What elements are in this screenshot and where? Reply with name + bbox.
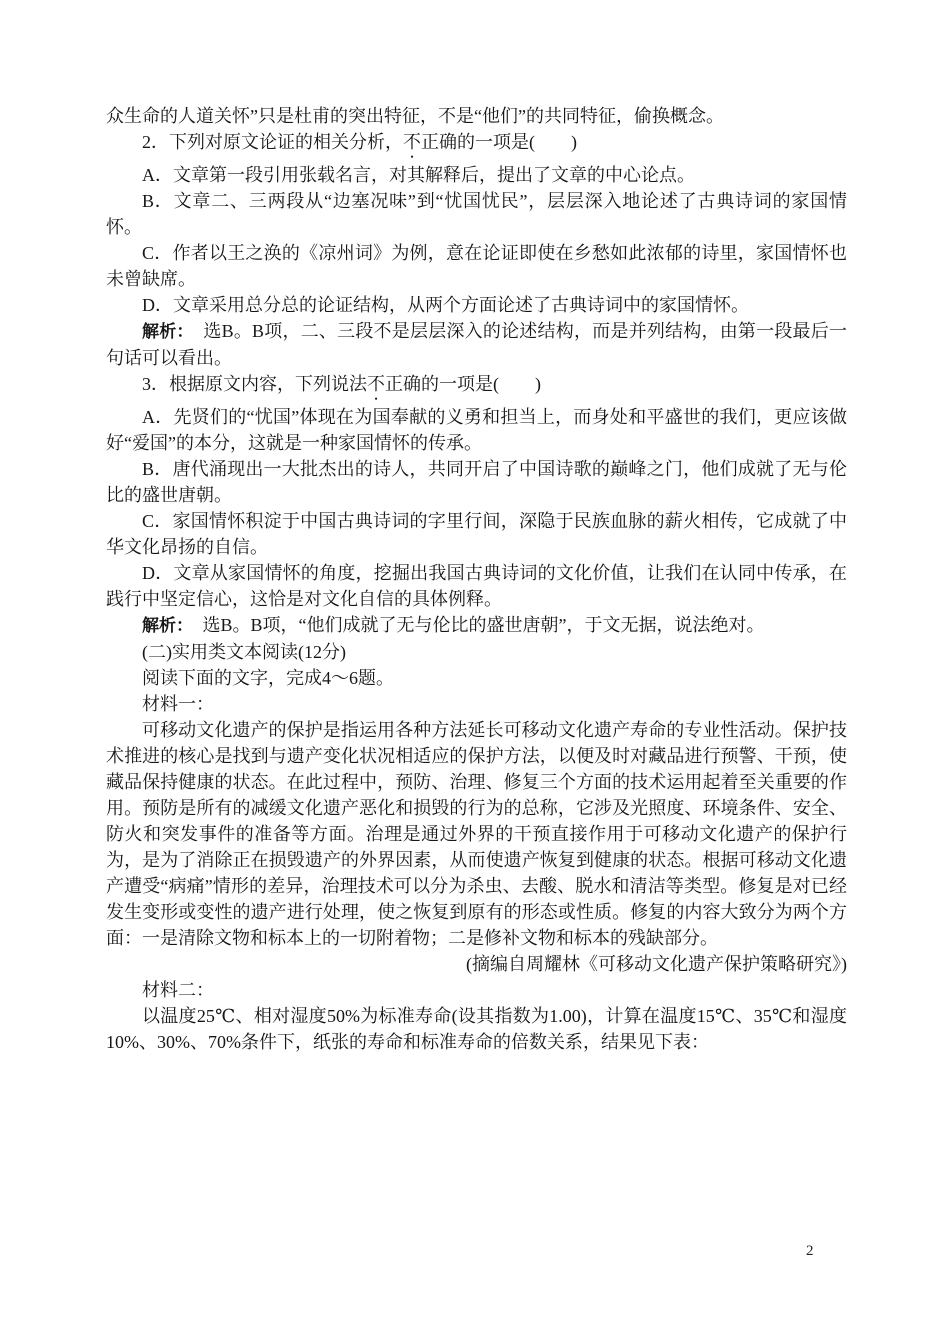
text-run: A．文章第一段引用张载名言，对其解释后，提出了文章的中心论点。 (142, 165, 695, 185)
text-run: 选B。B项，“他们成就了无与伦比的盛世唐朝”，于文无据，说法绝对。 (185, 615, 765, 635)
q3-option-c: C．家国情怀积淀于中国古典诗词的字里行间，深隐于民族血脉的薪火相传，它成就了中华… (106, 508, 847, 560)
text-run: 正确的一项是( ) (421, 132, 577, 152)
text-run: 选B。B项，二、三段不是层层深入的论述结构，而是并列结构，由第一段最后一句话可以… (106, 321, 847, 368)
document-page: 众生命的人道关怀”只是杜甫的突出特征，不是“他们”的共同特征，偷换概念。2．下列… (0, 0, 950, 1344)
text-run: D．文章采用总分总的论证结构，从两个方面论述了古典诗词中的家国情怀。 (142, 295, 749, 315)
q2-option-d: D．文章采用总分总的论证结构，从两个方面论述了古典诗词中的家国情怀。 (106, 292, 847, 318)
emphasized-text: 不 (403, 132, 421, 152)
text-run: 3．根据原文内容，下列说法 (142, 374, 367, 394)
text-run: 众生命的人道关怀”只是杜甫的突出特征，不是“他们”的共同特征，偷换概念。 (106, 106, 724, 126)
material-1-source: (摘编自周耀林《可移动文化遗产保护策略研究》) (106, 951, 847, 977)
section-2-heading: (二)实用类文本阅读(12分) (106, 639, 847, 665)
material-2-label: 材料二： (106, 977, 847, 1003)
document-body: 众生命的人道关怀”只是杜甫的突出特征，不是“他们”的共同特征，偷换概念。2．下列… (106, 103, 847, 1055)
q2-option-b: B．文章二、三两段从“边塞况味”到“忧国忧民”，层层深入地论述了古典诗词的家国情… (106, 188, 847, 240)
text-run: 正确的一项是( ) (385, 374, 541, 394)
text-run: 阅读下面的文字，完成4～6题。 (142, 668, 394, 688)
q2-option-c: C．作者以王之涣的《凉州词》为例，意在论证即使在乡愁如此浓郁的诗里，家国情怀也未… (106, 240, 847, 292)
q3-option-a: A．先贤们的“忧国”体现在为国奉献的义勇和担当上，而身处和平盛世的我们，更应该做… (106, 404, 847, 456)
question-3-stem: 3．根据原文内容，下列说法不正确的一项是( ) (106, 371, 847, 404)
material-1-label: 材料一： (106, 691, 847, 717)
text-run: 以温度25℃、相对湿度50%为标准寿命(设其指数为1.00)，计算在温度15℃、… (106, 1006, 847, 1052)
reading-instruction: 阅读下面的文字，完成4～6题。 (106, 665, 847, 691)
q3-option-b: B．唐代涌现出一大批杰出的诗人，共同开启了中国诗歌的巅峰之门，他们成就了无与伦比… (106, 456, 847, 508)
text-run: B．唐代涌现出一大批杰出的诗人，共同开启了中国诗歌的巅峰之门，他们成就了无与伦比… (106, 459, 847, 505)
text-run: A．先贤们的“忧国”体现在为国奉献的义勇和担当上，而身处和平盛世的我们，更应该做… (106, 407, 847, 453)
page-number: 2 (806, 1243, 814, 1260)
text-run: C．家国情怀积淀于中国古典诗词的字里行间，深隐于民族血脉的薪火相传，它成就了中华… (106, 511, 847, 557)
analysis-label: 解析： (142, 322, 185, 341)
text-run: 可移动文化遗产的保护是指运用各种方法延长可移动文化遗产寿命的专业性活动。保护技术… (106, 720, 847, 948)
material-2-body: 以温度25℃、相对湿度50%为标准寿命(设其指数为1.00)，计算在温度15℃、… (106, 1003, 847, 1055)
text-run: D．文章从家国情怀的角度，挖掘出我国古典诗词的文化价值，让我们在认同中传承，在践… (106, 563, 847, 609)
q3-option-d: D．文章从家国情怀的角度，挖掘出我国古典诗词的文化价值，让我们在认同中传承，在践… (106, 560, 847, 612)
text-run: 2．下列对原文论证的相关分析， (142, 132, 403, 152)
text-run: 材料二： (142, 980, 214, 1000)
q3-analysis: 解析： 选B。B项，“他们成就了无与伦比的盛世唐朝”，于文无据，说法绝对。 (106, 612, 847, 639)
emphasized-text: 不 (367, 374, 385, 394)
text-run: 材料一： (142, 694, 214, 714)
q1-explanation-tail: 众生命的人道关怀”只是杜甫的突出特征，不是“他们”的共同特征，偷换概念。 (106, 103, 847, 129)
text-run: (二)实用类文本阅读(12分) (142, 642, 346, 662)
q2-option-a: A．文章第一段引用张载名言，对其解释后，提出了文章的中心论点。 (106, 162, 847, 188)
q2-analysis: 解析： 选B。B项，二、三段不是层层深入的论述结构，而是并列结构，由第一段最后一… (106, 318, 847, 371)
material-1-body: 可移动文化遗产的保护是指运用各种方法延长可移动文化遗产寿命的专业性活动。保护技术… (106, 717, 847, 951)
analysis-label: 解析： (142, 616, 185, 635)
text-run: (摘编自周耀林《可移动文化遗产保护策略研究》) (466, 954, 847, 974)
text-run: C．作者以王之涣的《凉州词》为例，意在论证即使在乡愁如此浓郁的诗里，家国情怀也未… (106, 243, 847, 289)
question-2-stem: 2．下列对原文论证的相关分析，不正确的一项是( ) (106, 129, 847, 162)
text-run: B．文章二、三两段从“边塞况味”到“忧国忧民”，层层深入地论述了古典诗词的家国情… (106, 191, 847, 237)
